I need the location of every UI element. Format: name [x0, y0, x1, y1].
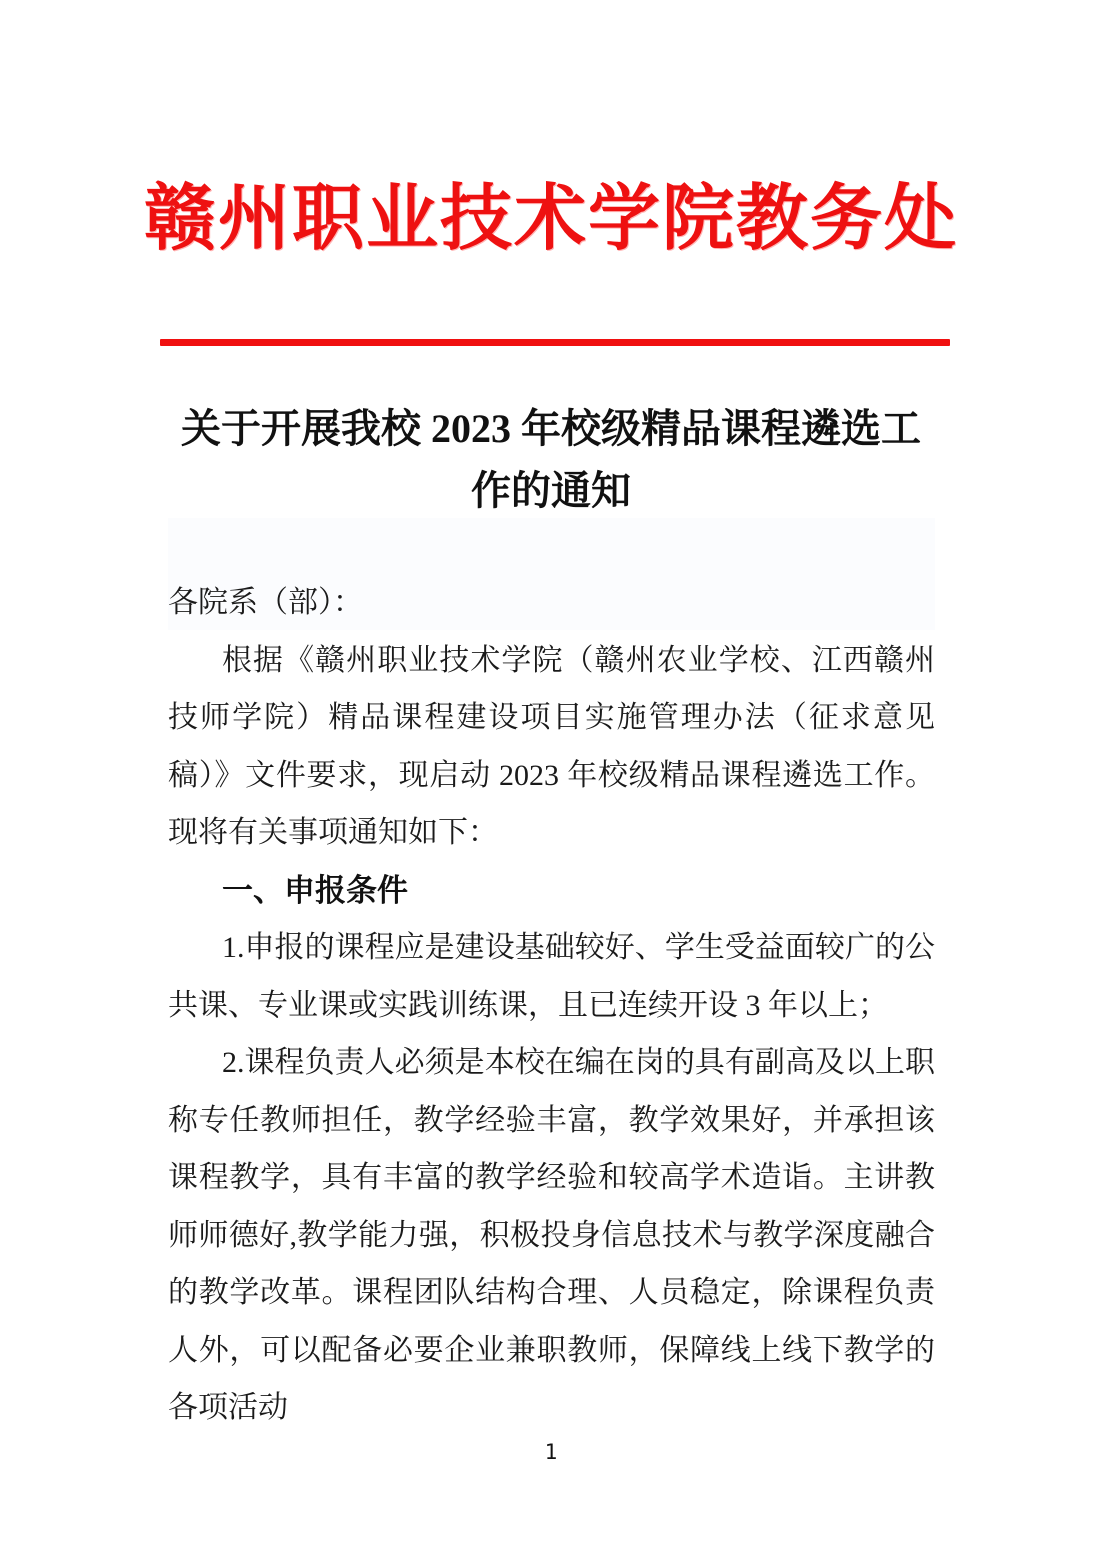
document-page: 赣州职业技术学院教务处 关于开展我校 2023 年校级精品课程遴选工 作的通知 …	[0, 0, 1102, 1559]
page-number: 1	[0, 1440, 1102, 1464]
paragraph-condition-2: 2.课程负责人必须是本校在编在岗的具有副高及以上职称专任教师担任，教学经验丰富，…	[168, 1034, 935, 1437]
salutation: 各院系（部）：	[168, 574, 935, 632]
paragraph-condition-1: 1.申报的课程应是建设基础较好、学生受益面较广的公共课、专业课或实践训练课，且已…	[168, 919, 935, 1034]
paragraph-intro: 根据《赣州职业技术学院（赣州农业学校、江西赣州技师学院）精品课程建设项目实施管理…	[168, 632, 935, 862]
document-title: 关于开展我校 2023 年校级精品课程遴选工 作的通知	[151, 398, 951, 522]
document-body: 各院系（部）： 根据《赣州职业技术学院（赣州农业学校、江西赣州技师学院）精品课程…	[168, 574, 935, 1437]
section-heading-application-conditions: 一、申报条件	[168, 862, 935, 920]
document-title-line-2: 作的通知	[151, 460, 951, 522]
letterhead-title: 赣州职业技术学院教务处	[0, 160, 1102, 264]
letterhead-divider-rule	[160, 339, 950, 346]
document-title-line-1: 关于开展我校 2023 年校级精品课程遴选工	[151, 398, 951, 460]
